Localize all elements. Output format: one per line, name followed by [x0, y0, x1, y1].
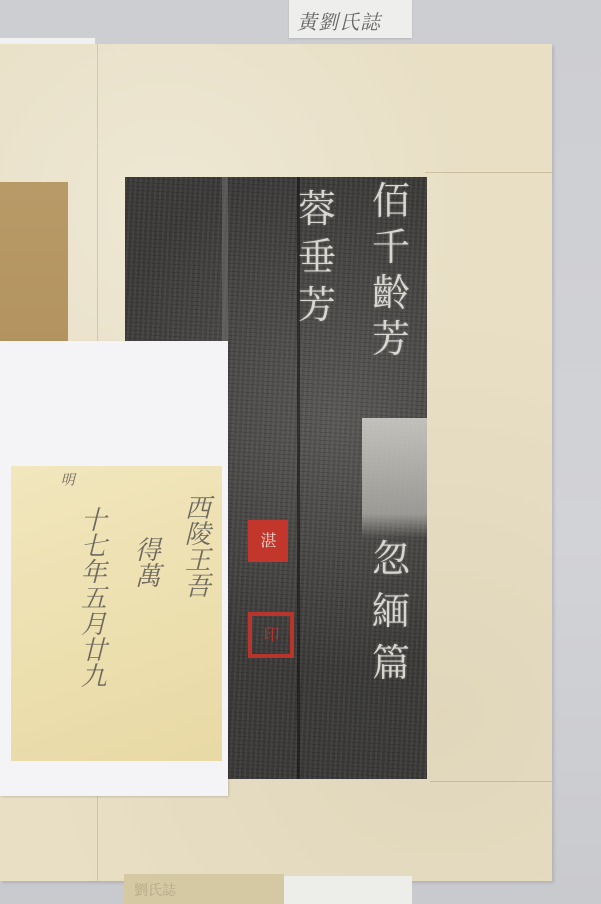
inscription-char: 緬: [372, 592, 410, 630]
handwriting-column: 得萬: [131, 536, 158, 588]
handwriting-column: 西陵王吾: [181, 494, 208, 598]
handwriting-column: 十七年五月廿九: [77, 506, 104, 688]
tan-paper-swatch: [0, 182, 68, 342]
inscription-char: 芳: [298, 286, 336, 324]
bottom-label-tab: 劉氏誌: [124, 874, 284, 904]
inscription-char: 垂: [298, 238, 336, 276]
handwritten-note: 西陵王吾 得萬 十七年五月廿九 明: [11, 466, 222, 761]
red-seal-outline: 印: [248, 612, 294, 658]
faded-rubbing-patch: [362, 418, 427, 538]
inscription-char: 篇: [372, 644, 410, 682]
inscription-char: 忽: [372, 540, 410, 578]
inscription-char: 千: [372, 228, 410, 266]
title-label-text: 黃劉氏誌: [297, 6, 381, 35]
inscription-char: 芳: [372, 320, 410, 358]
inscription-char: 齡: [372, 274, 410, 312]
seal-text: 湛: [260, 533, 275, 549]
mount-seam-upper: [425, 172, 552, 173]
handwriting-column: 明: [59, 472, 74, 486]
seal-text: 印: [263, 627, 278, 643]
inscription-column-middle: 蓉 垂 芳: [298, 190, 336, 324]
mount-seam-lower: [430, 781, 552, 782]
inscription-column-right: 佰 千 齡 芳: [372, 182, 410, 358]
red-seal-stamp: 湛: [248, 520, 288, 562]
title-label: 黃劉氏誌: [289, 0, 412, 38]
inscription-char: 佰: [372, 182, 410, 220]
bottom-label-text: 劉氏誌: [134, 880, 176, 900]
bottom-white-tab: [284, 876, 412, 904]
inscription-column-lower: 忽 緬 篇: [372, 540, 410, 682]
inscription-char: 蓉: [298, 190, 336, 228]
